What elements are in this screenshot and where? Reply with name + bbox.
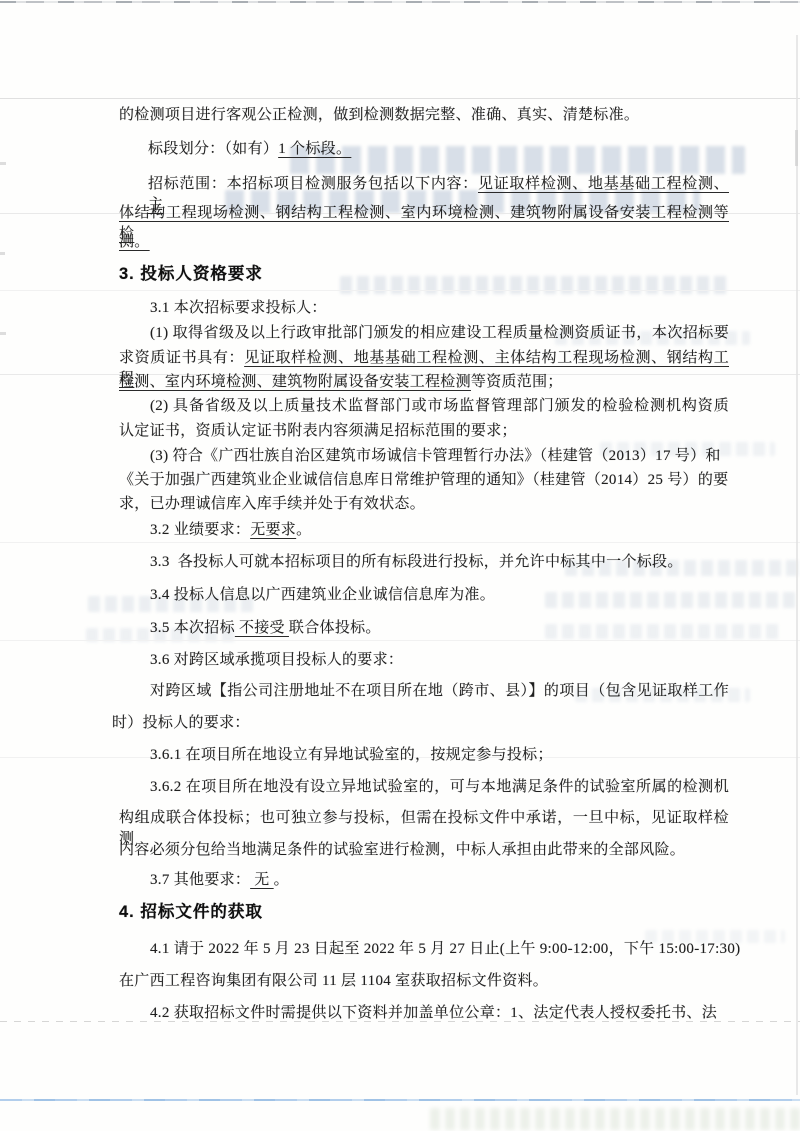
underlined-text: 测。 (119, 234, 150, 250)
bleed-through-text (340, 276, 730, 294)
text-line: (1) 取得省级及以上行政审批部门颁发的相应建设工程质量检测资质证书，本次招标要 (150, 323, 729, 344)
text-segment: 认定证书，资质认定证书附表内容须满足招标范围的要求； (119, 423, 517, 439)
text-line: 测。 (119, 232, 150, 253)
text-segment: 3.7 其他要求： (150, 872, 250, 888)
bleed-through-text (545, 624, 780, 639)
text-segment: (3) 符合《广西壮族自治区建筑市场诚信卡管理暂行办法》（桂建管（2013）17… (150, 448, 721, 464)
text-segment: 4.1 请于 2022 年 5 月 23 日起至 2022 年 5 月 27 日… (150, 941, 740, 957)
text-segment: 在广西工程咨询集团有限公司 11 层 1104 室获取招标文件资料。 (119, 973, 548, 989)
bleed-through-text (545, 592, 800, 608)
text-segment: 《关于加强广西建筑业企业诚信信息库日常维护管理的通知》（桂建管（2014）25 … (119, 472, 728, 488)
text-line: 3.1 本次招标要求投标人： (150, 298, 327, 319)
text-segment: 3.6 对跨区域承揽项目投标人的要求： (150, 652, 403, 668)
scan-streak (0, 290, 800, 291)
underlined-text: 不接受 (235, 620, 289, 636)
scan-edge-line-right (796, 35, 798, 1095)
text-line: 3.6.1 在项目所在地设立有异地试验室的，按规定参与投标； (150, 745, 553, 766)
scan-streak (0, 98, 800, 99)
text-line: 3.2 业绩要求：无要求。 (150, 520, 311, 541)
text-line: 检测、室内环境检测、建筑物附属设备安装工程检测等资质范围； (119, 372, 563, 393)
section-heading: 3. 投标人资格要求 (119, 264, 263, 285)
text-line: 4.1 请于 2022 年 5 月 23 日起至 2022 年 5 月 27 日… (150, 939, 740, 960)
text-segment: 等资质范围； (471, 374, 563, 390)
text-segment: 3.6.1 在项目所在地设立有异地试验室的，按规定参与投标； (150, 747, 553, 763)
text-line: 3.5 本次招标 不接受 联合体投标。 (150, 618, 381, 639)
underlined-text: 无要求 (250, 522, 296, 538)
text-line: 3.6 对跨区域承揽项目投标人的要求： (150, 650, 403, 671)
underlined-text: 1 个标段。 (278, 141, 351, 157)
underlined-text: 无 (250, 872, 273, 888)
text-segment: 3.5 本次招标 (150, 620, 235, 636)
text-segment: (1) 取得省级及以上行政审批部门颁发的相应建设工程质量检测资质证书，本次招标要 (150, 325, 729, 341)
text-segment: 内容必须分包给当地满足条件的试验室进行检测，中标人承担由此带来的全部风险。 (119, 842, 685, 858)
scan-streak (0, 542, 800, 543)
text-segment: 4. 招标文件的获取 (119, 903, 263, 921)
text-line: 对跨区域【指公司注册地址不在项目所在地（跨市、县）】的项目（包含见证取样工作 (150, 681, 729, 702)
text-segment: 3.1 本次招标要求投标人： (150, 300, 327, 316)
text-segment: 3.3 各投标人可就本招标项目的所有标段进行投标，并允许中标其中一个标段。 (150, 554, 683, 570)
text-segment: 。 (296, 522, 311, 538)
underlined-text: 体结构工程现场检测、钢结构工程检测、室内环境检测、建筑物附属设备安装工程检测等检 (119, 205, 729, 242)
text-line: 《关于加强广西建筑业企业诚信信息库日常维护管理的通知》（桂建管（2014）25 … (119, 470, 728, 491)
underlined-text: 检测、室内环境检测、建筑物附属设备安装工程检测 (119, 374, 471, 390)
text-segment: 3.6.2 在项目所在地没有设立异地试验室的，可与本地满足条件的试验室所属的检测… (150, 779, 729, 795)
text-segment: 3.4 投标人信息以广西建筑业企业诚信信息库为准。 (150, 587, 495, 603)
text-line: (2) 具备省级及以上质量技术监督部门或市场监督管理部门颁发的检验检测机构资质 (150, 396, 729, 417)
scan-edge-line-top (0, 1, 800, 3)
text-line: 3.7 其他要求： 无 。 (150, 870, 289, 891)
text-segment: 的检测项目进行客观公正检测，做到检测数据完整、准确、真实、清楚标准。 (119, 107, 639, 123)
section-heading: 4. 招标文件的获取 (119, 902, 263, 923)
text-segment: 对跨区域【指公司注册地址不在项目所在地（跨市、县）】的项目（包含见证取样工作 (150, 683, 729, 699)
text-line: 3.6.2 在项目所在地没有设立异地试验室的，可与本地满足条件的试验室所属的检测… (150, 777, 729, 798)
text-segment: 求资质证书具有： (119, 350, 244, 366)
text-segment: 4.2 获取招标文件时需提供以下资料并加盖单位公章：1、法定代表人授权委托书、法 (150, 1005, 717, 1021)
scan-edge-mark (0, 252, 5, 255)
text-segment: 3.2 业绩要求： (150, 522, 250, 538)
scan-edge-mark (0, 332, 6, 335)
text-line: 求，已办理诚信库入库手续并处于有效状态。 (119, 494, 425, 515)
scan-edge-mark (0, 162, 6, 165)
text-segment: 联合体投标。 (289, 620, 381, 636)
text-line: 标段划分：（如有）1 个标段。 (148, 139, 351, 160)
text-segment: (2) 具备省级及以上质量技术监督部门或市场监督管理部门颁发的检验检测机构资质 (150, 398, 729, 414)
text-line: 时）投标人的要求： (112, 713, 250, 734)
text-line: 4.2 获取招标文件时需提供以下资料并加盖单位公章：1、法定代表人授权委托书、法 (150, 1003, 717, 1024)
bleed-through-text (290, 146, 745, 174)
text-line: 内容必须分包给当地满足条件的试验室进行检测，中标人承担由此带来的全部风险。 (119, 840, 685, 861)
text-line: 认定证书，资质认定证书附表内容须满足招标范围的要求； (119, 421, 517, 442)
document-page: 的检测项目进行客观公正检测，做到检测数据完整、准确、真实、清楚标准。标段划分：（… (0, 0, 800, 1131)
text-segment: 。 (274, 872, 289, 888)
text-line: 的检测项目进行客观公正检测，做到检测数据完整、准确、真实、清楚标准。 (119, 105, 639, 126)
text-segment: 3. 投标人资格要求 (119, 265, 263, 283)
text-line: 3.4 投标人信息以广西建筑业企业诚信信息库为准。 (150, 585, 495, 606)
text-line: 3.3 各投标人可就本招标项目的所有标段进行投标，并允许中标其中一个标段。 (150, 552, 683, 573)
text-segment: 时）投标人的要求： (112, 715, 250, 731)
scan-edge-mark (795, 130, 798, 166)
text-line: 在广西工程咨询集团有限公司 11 层 1104 室获取招标文件资料。 (119, 971, 548, 992)
bleed-through-text (430, 1108, 800, 1130)
text-segment: 招标范围：本招标项目检测服务包括以下内容： (148, 176, 478, 192)
text-line: 体结构工程现场检测、钢结构工程检测、室内环境检测、建筑物附属设备安装工程检测等检 (119, 203, 729, 245)
text-segment: 求，已办理诚信库入库手续并处于有效状态。 (119, 496, 425, 512)
text-segment: 标段划分：（如有） (148, 141, 278, 157)
text-line: (3) 符合《广西壮族自治区建筑市场诚信卡管理暂行办法》（桂建管（2013）17… (150, 446, 721, 467)
scan-streak (0, 640, 800, 641)
scan-streak-blue (0, 1099, 800, 1101)
